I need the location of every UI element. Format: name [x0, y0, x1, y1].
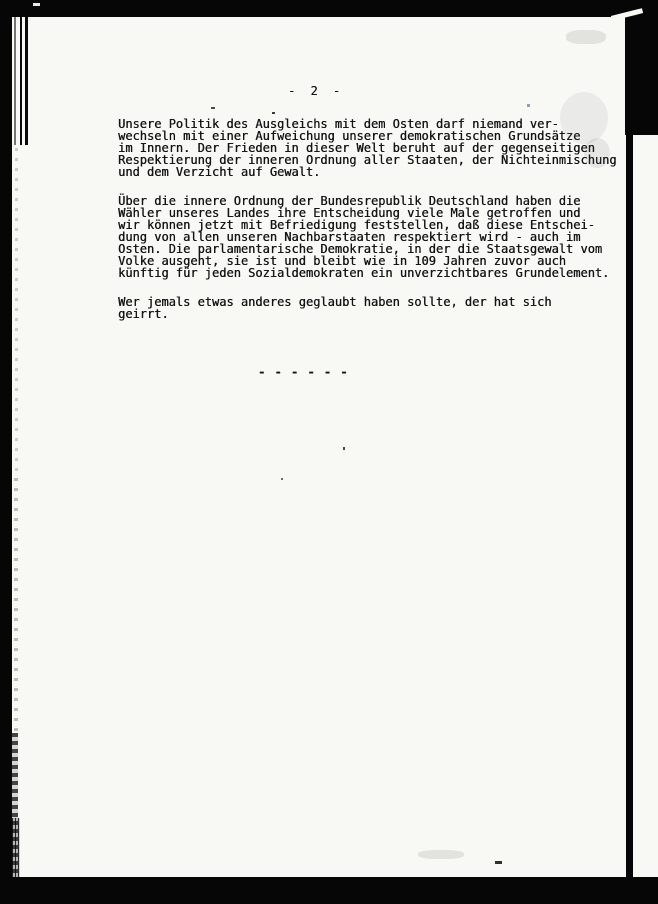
scan-artifact: [343, 447, 345, 450]
page-edge-line: [25, 17, 28, 145]
page-edge-line: [14, 17, 16, 145]
page-edge-line: [20, 17, 22, 145]
scan-artifact: [527, 104, 530, 107]
page-edge-streaks: [14, 478, 18, 733]
scanned-document-page: - 2 - Unsere Politik des Ausgleichs mit …: [0, 0, 658, 904]
end-of-text-separator: - - - - - -: [258, 366, 348, 378]
scan-artifact: [281, 478, 283, 480]
scan-artifact: [272, 112, 275, 114]
scan-artifact: [33, 3, 40, 6]
page-edge-smear: [12, 818, 20, 877]
paragraph-3: Wer jemals etwas anderes geglaubt haben …: [118, 296, 634, 320]
page-number: - 2 -: [288, 85, 340, 97]
scan-artifact: [418, 850, 464, 859]
scan-border-top: [0, 0, 658, 17]
scan-artifact: [495, 861, 502, 864]
scan-border-left: [0, 0, 12, 904]
scan-artifact: [566, 30, 606, 44]
scan-artifact: [584, 138, 610, 168]
paragraph-1: Unsere Politik des Ausgleichs mit dem Os…: [118, 118, 634, 178]
scan-border-bottom: [0, 877, 658, 904]
scan-artifact: [211, 107, 215, 109]
paragraph-2: Über die innere Ordnung der Bundesrepubl…: [118, 195, 634, 279]
document-body: Unsere Politik des Ausgleichs mit dem Os…: [118, 118, 634, 337]
scan-artifact: [560, 92, 608, 144]
page-edge-streaks: [15, 148, 18, 478]
